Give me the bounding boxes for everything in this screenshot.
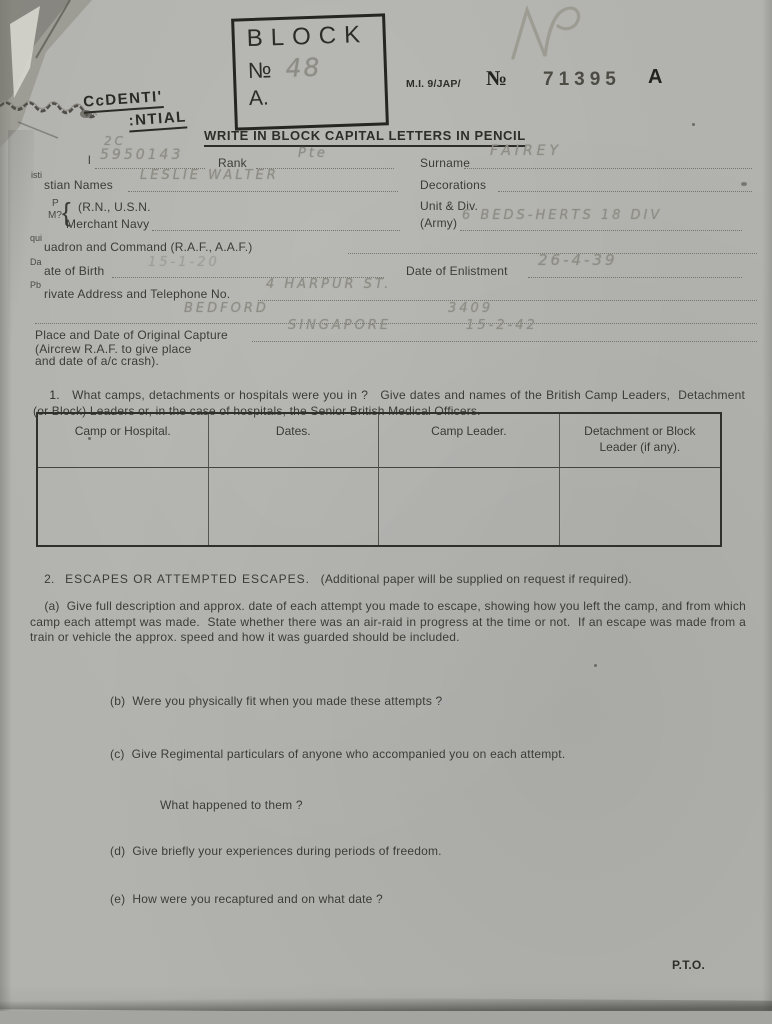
field-line xyxy=(460,229,742,231)
table-header-dates: Dates. xyxy=(209,414,380,468)
table-header-detachment: Detachment or Block Leader (if any). xyxy=(560,414,720,468)
camps-table: Camp or Hospital. Dates. Camp Leader. De… xyxy=(36,412,722,547)
field-line xyxy=(128,190,398,192)
question-2a-text: Give full description and approx. date o… xyxy=(30,599,750,644)
christian-names-label-fragment: isti xyxy=(31,170,42,180)
confidential-stamp: CcDENTI' :NTIAL xyxy=(83,86,188,135)
bottom-page-edge xyxy=(0,1011,772,1024)
question-2c-followup: What happened to them ? xyxy=(160,798,303,812)
capture-date-value: 15-2-42 xyxy=(466,318,538,333)
question-2b-label: (b) xyxy=(110,694,125,708)
capture-place-value: SINGAPORE xyxy=(288,318,391,333)
question-2d: (d) Give briefly your experiences during… xyxy=(110,844,442,858)
block-stamp-letter: A. xyxy=(248,82,385,111)
mi9-no-label: № xyxy=(486,66,507,91)
address-label-fragment: Pb xyxy=(30,280,41,290)
rank-value: Pte xyxy=(298,146,328,161)
service-number-label-fragment: l xyxy=(88,153,91,167)
table-empty-cell xyxy=(209,468,380,545)
navy-label-fragment: P xyxy=(52,198,59,209)
decorations-label: Decorations xyxy=(420,178,486,192)
unit-div-label-line2: (Army) xyxy=(420,216,457,230)
question-2c: (c) Give Regimental particulars of anyon… xyxy=(110,747,565,761)
capture-label-line1: Place and Date of Original Capture xyxy=(35,328,228,342)
question-2a-label: (a) xyxy=(44,599,59,613)
field-line xyxy=(498,190,752,192)
pencil-ghost-mark: 2C xyxy=(104,134,126,148)
fold-crease xyxy=(8,130,34,370)
table-empty-cell xyxy=(560,468,720,545)
address-label: rivate Address and Telephone No. xyxy=(44,287,230,301)
date-of-birth-label: ate of Birth xyxy=(44,264,104,278)
address-value-line1: 4 HARPUR ST. xyxy=(266,277,391,292)
field-line xyxy=(252,340,757,342)
field-line xyxy=(528,276,742,278)
field-line xyxy=(464,167,752,169)
block-number-stamp: BLOCK № 48 A. xyxy=(231,13,389,130)
date-of-enlistment-label: Date of Enlistment xyxy=(406,264,508,278)
surname-label: Surname xyxy=(420,156,470,170)
block-number-handwritten: 48 xyxy=(285,53,322,83)
question-2d-label: (d) xyxy=(110,844,125,858)
speck xyxy=(741,182,747,186)
table-header-leader: Camp Leader. xyxy=(379,414,560,468)
question-2e-label: (e) xyxy=(110,892,125,906)
field-line xyxy=(35,322,757,324)
block-stamp-title: BLOCK xyxy=(246,20,383,53)
field-line xyxy=(258,299,757,301)
mi9-letter: A xyxy=(648,66,662,89)
unit-div-value: 6 BEDS-HERTS 18 DIV xyxy=(462,208,662,223)
confidential-stamp-fragment: CcDENTI' xyxy=(83,88,164,114)
mi9-serial-number: 71395 xyxy=(543,69,621,91)
navy-label-line2: Merchant Navy xyxy=(66,217,149,231)
navy-label-line1: (R.N., U.S.N. xyxy=(78,200,151,214)
date-of-enlistment-value: 26-4-39 xyxy=(538,251,618,269)
christian-names-value: LESLIE WALTER xyxy=(140,168,279,183)
table-empty-cell xyxy=(38,468,209,545)
question-2b: (b) Were you physically fit when you mad… xyxy=(110,694,442,708)
question-2b-text: Were you physically fit when you made th… xyxy=(132,694,442,708)
block-stamp-no-row: № 48 xyxy=(247,50,384,84)
address-value-phone: 3409 xyxy=(448,301,493,316)
pto-footer: P.T.O. xyxy=(672,958,705,972)
table-empty-cell xyxy=(379,468,560,545)
surname-value: FAIREY xyxy=(490,143,562,159)
christian-names-label: stian Names xyxy=(44,178,113,192)
table-header-camp: Camp or Hospital. xyxy=(38,414,209,468)
mi9-form-code: M.I. 9/JAP/ xyxy=(406,78,461,90)
service-number-value: 5950143 xyxy=(100,147,183,163)
date-of-birth-value: 15-1-20 xyxy=(148,255,220,270)
birth-label-fragment: Da xyxy=(30,257,42,267)
field-line xyxy=(152,229,400,231)
block-stamp-no-label: № xyxy=(247,57,271,83)
squadron-command-label: uadron and Command (R.A.F., A.A.F.) xyxy=(44,240,252,254)
scanned-pow-form-page: CcDENTI' :NTIAL BLOCK № 48 A. M.I. 9/JAP… xyxy=(0,0,772,1024)
question-2d-text: Give briefly your experiences during per… xyxy=(132,844,441,858)
question-2e: (e) How were you recaptured and on what … xyxy=(110,892,383,906)
speck xyxy=(692,123,695,126)
confidential-stamp-fragment: :NTIAL xyxy=(128,108,187,132)
question-2e-text: How were you recaptured and on what date… xyxy=(132,892,383,906)
question-1-number: 1. xyxy=(49,388,59,402)
navy-label-fragment: M? xyxy=(48,210,62,221)
question-2a: (a) Give full description and approx. da… xyxy=(30,584,746,661)
speck xyxy=(594,664,597,667)
nil-handwritten-note xyxy=(505,2,625,68)
capture-label-line3: and date of a/c crash). xyxy=(35,354,159,368)
instruction-heading: WRITE IN BLOCK CAPITAL LETTERS IN PENCIL xyxy=(204,128,526,147)
address-value-town: BEDFORD xyxy=(184,301,269,316)
squadron-label-fragment: qui xyxy=(30,233,42,243)
question-2c-label: (c) xyxy=(110,747,125,761)
question-2c-text: Give Regimental particulars of anyone wh… xyxy=(132,747,566,761)
